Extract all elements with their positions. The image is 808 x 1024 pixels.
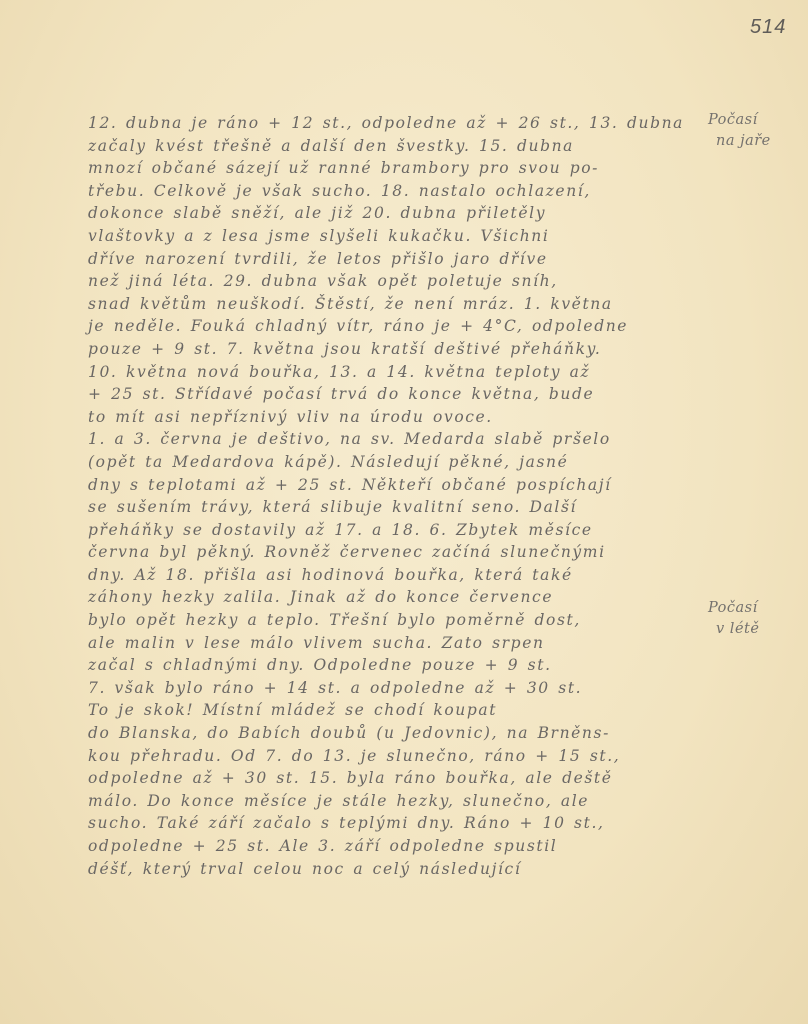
text-line: dny. Až 18. přišla asi hodinová bouřka, … xyxy=(88,564,688,587)
text-line: 1. a 3. června je deštivo, na sv. Medard… xyxy=(88,428,688,451)
margin-note-line: na jaře xyxy=(708,131,771,152)
margin-note-line: Počasí xyxy=(708,598,759,619)
text-line: to mít asi nepříznivý vliv na úrodu ovoc… xyxy=(88,406,688,429)
text-line: ale malin v lese málo vlivem sucha. Zato… xyxy=(88,632,688,655)
text-line: déšť, který trval celou noc a celý násle… xyxy=(88,858,688,881)
text-line: odpoledne až + 30 st. 15. byla ráno bouř… xyxy=(88,767,688,790)
handwritten-body-text: 12. dubna je ráno + 12 st., odpoledne až… xyxy=(88,112,688,880)
text-line: mnozí občané sázejí už ranné brambory pr… xyxy=(88,157,688,180)
text-line: 10. května nová bouřka, 13. a 14. května… xyxy=(88,361,688,384)
text-line: snad květům neuškodí. Štěstí, že není mr… xyxy=(88,293,688,316)
text-line: se sušením trávy, která slibuje kvalitní… xyxy=(88,496,688,519)
text-line: června byl pěkný. Rovněž červenec začíná… xyxy=(88,541,688,564)
text-line: třebu. Celkově je však sucho. 18. nastal… xyxy=(88,180,688,203)
text-line: dny s teplotami až + 25 st. Někteří obča… xyxy=(88,474,688,497)
text-line: do Blanska, do Babích doubů (u Jedovnic)… xyxy=(88,722,688,745)
text-line: 7. však bylo ráno + 14 st. a odpoledne a… xyxy=(88,677,688,700)
text-line: pouze + 9 st. 7. května jsou kratší dešt… xyxy=(88,338,688,361)
handwritten-chronicle-page: 514 Počasí na jaře Počasí v létě 12. dub… xyxy=(0,0,808,1024)
text-line: záhony hezky zalila. Jinak až do konce č… xyxy=(88,586,688,609)
text-line: 12. dubna je ráno + 12 st., odpoledne až… xyxy=(88,112,688,135)
text-line: sucho. Také září začalo s teplými dny. R… xyxy=(88,812,688,835)
text-line: bylo opět hezky a teplo. Třešní bylo pom… xyxy=(88,609,688,632)
text-line: vlaštovky a z lesa jsme slyšeli kukačku.… xyxy=(88,225,688,248)
text-line: málo. Do konce měsíce je stále hezky, sl… xyxy=(88,790,688,813)
margin-note-line: v létě xyxy=(708,619,759,640)
text-line: dokonce slabě sněží, ale již 20. dubna p… xyxy=(88,202,688,225)
text-line: než jiná léta. 29. dubna však opět polet… xyxy=(88,270,688,293)
text-line: začal s chladnými dny. Odpoledne pouze +… xyxy=(88,654,688,677)
text-line: začaly kvést třešně a další den švestky.… xyxy=(88,135,688,158)
text-line: přeháňky se dostavily až 17. a 18. 6. Zb… xyxy=(88,519,688,542)
text-line: dříve narození tvrdili, že letos přišlo … xyxy=(88,248,688,271)
text-line: + 25 st. Střídavé počasí trvá do konce k… xyxy=(88,383,688,406)
text-line: je neděle. Fouká chladný vítr, ráno je +… xyxy=(88,315,688,338)
text-line: kou přehradu. Od 7. do 13. je slunečno, … xyxy=(88,745,688,768)
page-number: 514 xyxy=(750,16,786,39)
text-line: (opět ta Medardova kápě). Následují pěkn… xyxy=(88,451,688,474)
margin-note-summer-weather: Počasí v létě xyxy=(708,598,759,640)
text-line: To je skok! Místní mládež se chodí koupa… xyxy=(88,699,688,722)
margin-note-spring-weather: Počasí na jaře xyxy=(708,110,771,152)
margin-note-line: Počasí xyxy=(708,110,771,131)
text-line: odpoledne + 25 st. Ale 3. září odpoledne… xyxy=(88,835,688,858)
